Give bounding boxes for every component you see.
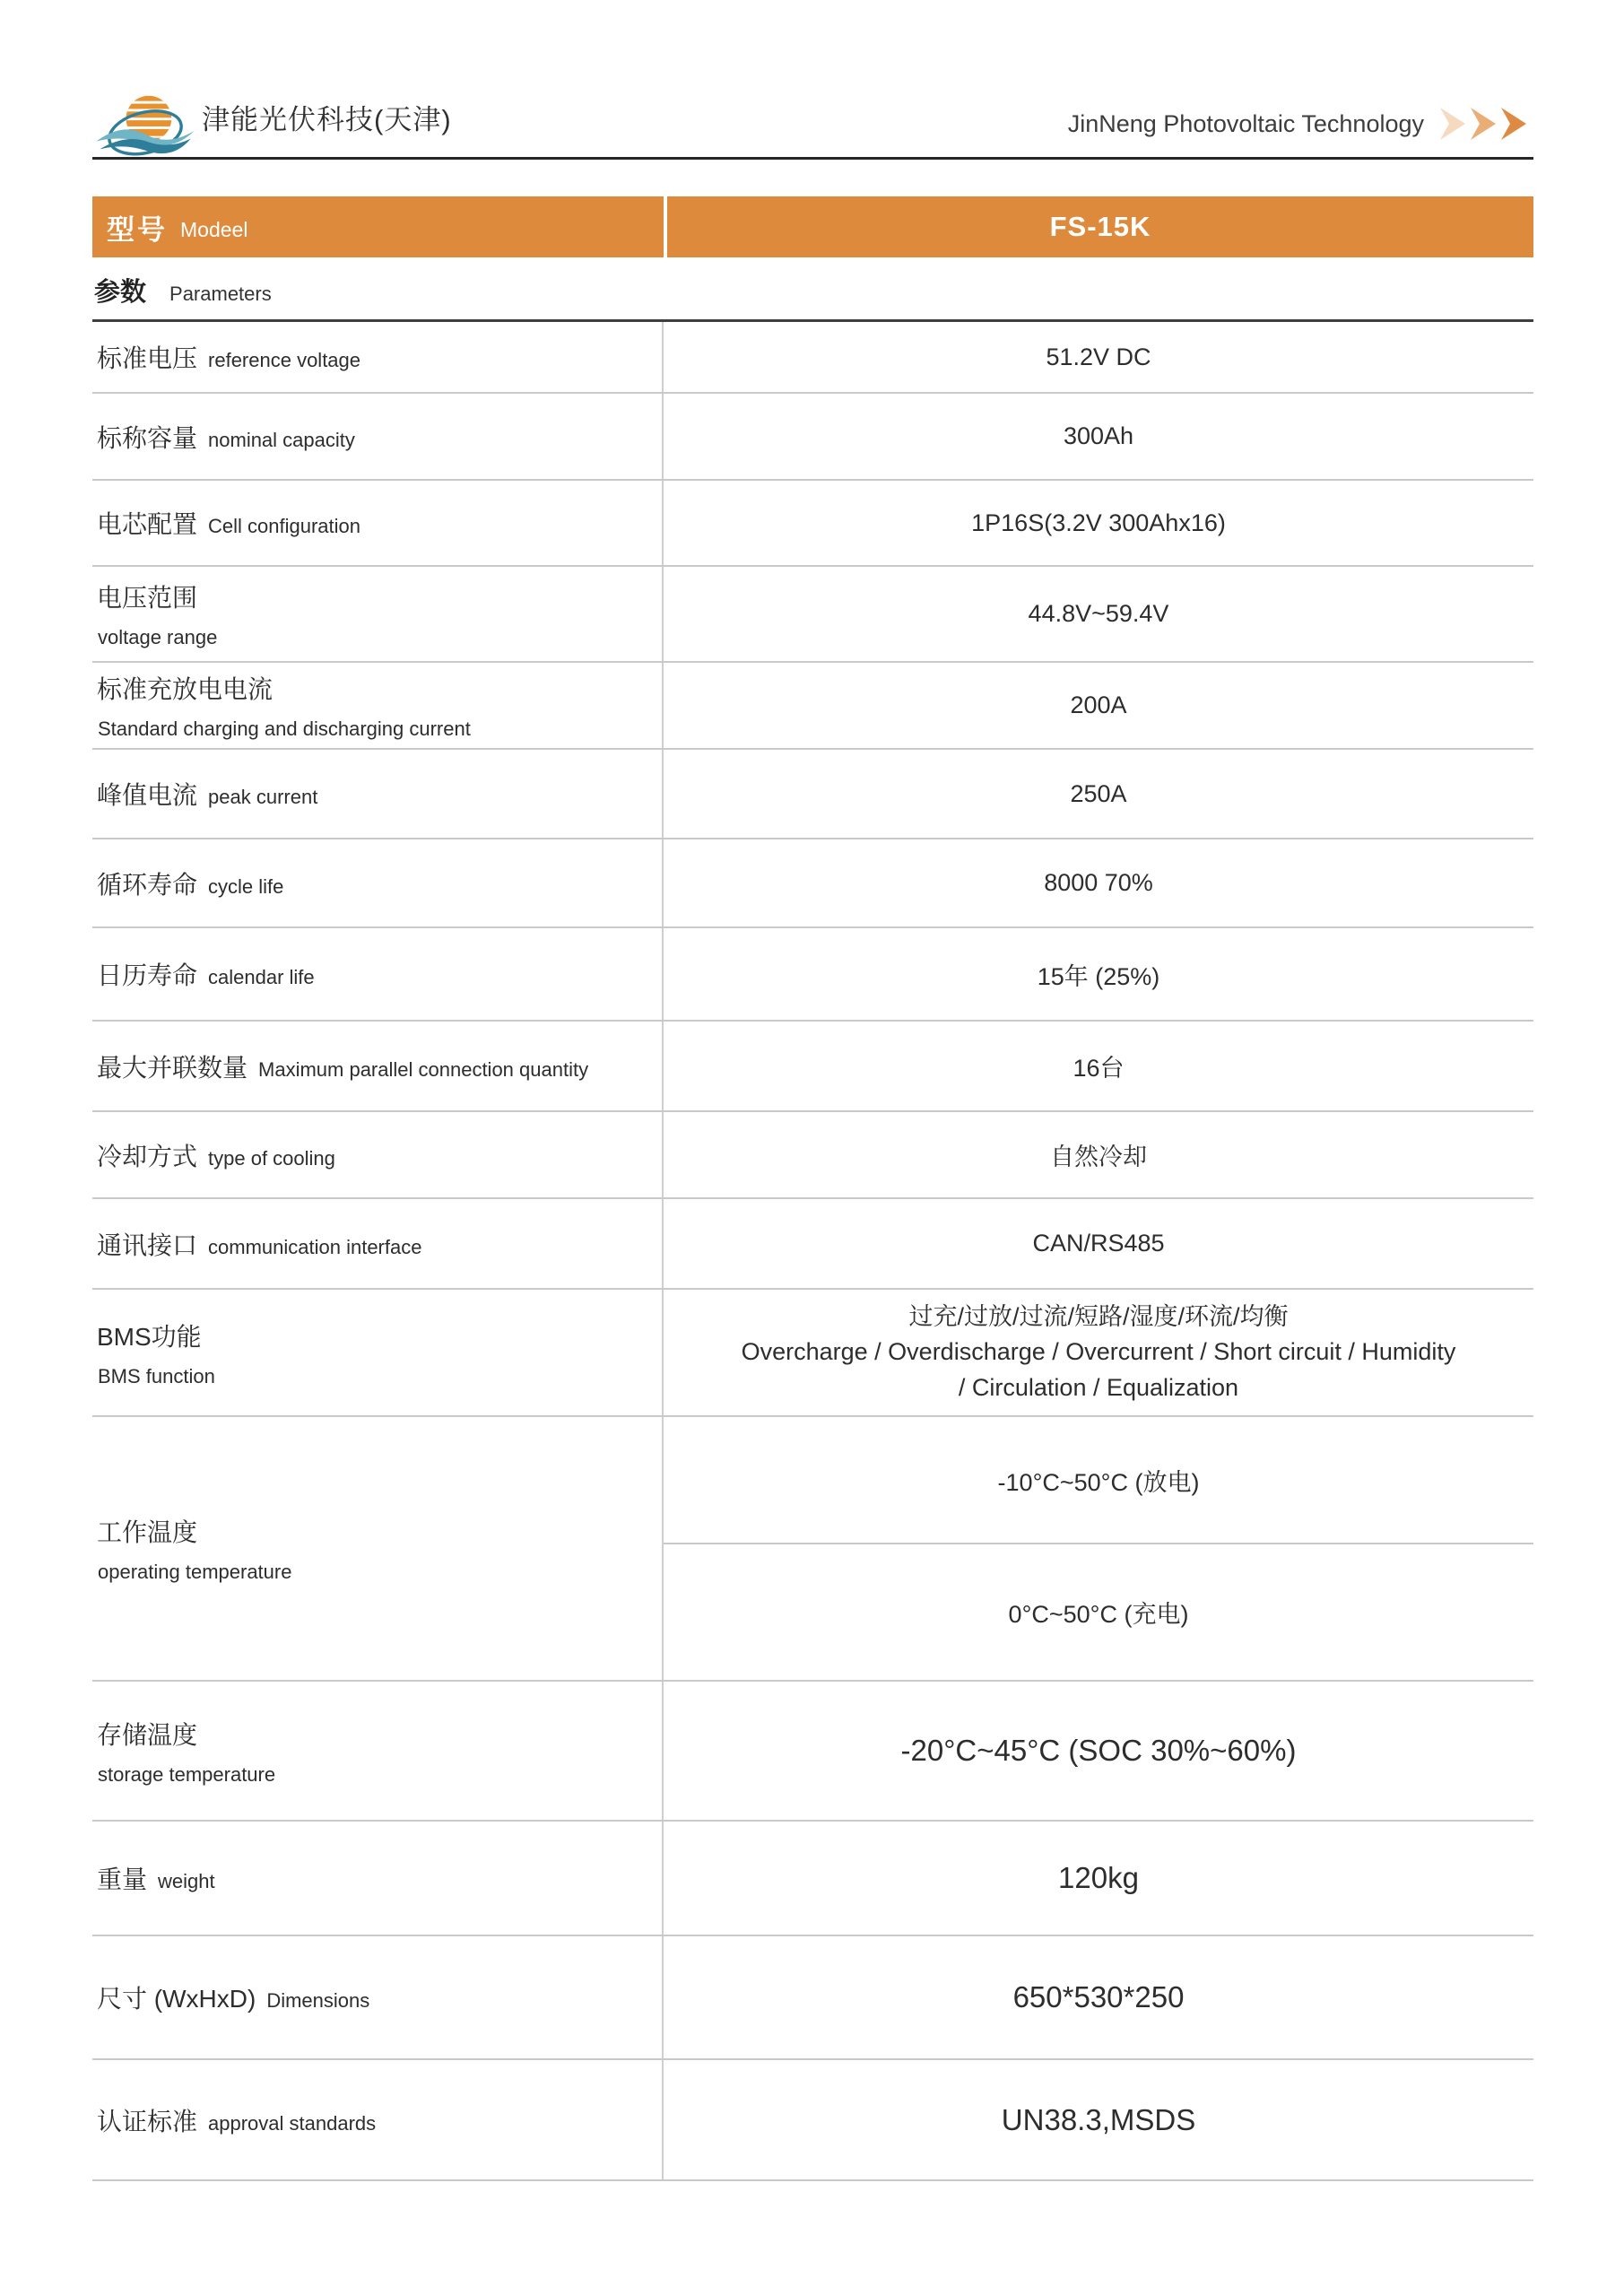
row-label-en: operating temperature <box>98 1561 653 1584</box>
row-label: 认证标准approval standards <box>92 2060 664 2179</box>
table-row: 认证标准approval standards UN38.3,MSDS <box>92 2060 1533 2181</box>
row-label-zh: 日历寿命 <box>97 956 197 992</box>
page-header: 津能光伏科技(天津) JinNeng Photovoltaic Technolo… <box>92 0 1533 160</box>
operating-temp-discharge: -10°C~50°C (放电) <box>664 1417 1533 1544</box>
row-label-en: calendar life <box>208 966 315 989</box>
spec-table: 标准电压reference voltage 51.2V DC 标称容量nomin… <box>92 322 1533 2181</box>
row-value: 120kg <box>664 1822 1533 1935</box>
row-label-zh: 工作温度 <box>97 1513 653 1549</box>
row-label: 标称容量nominal capacity <box>92 394 664 479</box>
row-value: CAN/RS485 <box>664 1199 1533 1288</box>
row-label-en: Cell configuration <box>208 515 360 538</box>
row-label: 日历寿命calendar life <box>92 928 664 1020</box>
row-label-zh: 认证标准 <box>97 2102 197 2138</box>
operating-temp-charge: 0°C~50°C (充电) <box>664 1544 1533 1680</box>
row-label-en: storage temperature <box>98 1763 653 1787</box>
row-label-zh: 标准充放电电流 <box>97 670 653 706</box>
row-label-zh: 循环寿命 <box>97 865 197 901</box>
table-row: 尺寸 (WxHxD)Dimensions 650*530*250 <box>92 1936 1533 2060</box>
row-value: 15年 (25%) <box>664 928 1533 1020</box>
company-logo: 津能光伏科技(天津) <box>92 89 452 153</box>
bms-functions-en-line2: / Circulation / Equalization <box>742 1370 1456 1405</box>
row-label-en: Standard charging and discharging curren… <box>98 717 653 741</box>
row-label-zh: 重量 <box>97 1860 147 1896</box>
row-label: BMS功能 BMS function <box>92 1290 664 1415</box>
row-label-zh: 存储温度 <box>97 1716 653 1752</box>
row-label-zh: 电芯配置 <box>97 505 197 541</box>
row-value: UN38.3,MSDS <box>664 2060 1533 2179</box>
row-value: 51.2V DC <box>664 322 1533 392</box>
header-right: JinNeng Photovoltaic Technology <box>1068 107 1533 141</box>
table-row: 循环寿命cycle life 8000 70% <box>92 839 1533 928</box>
row-label: 冷却方式type of cooling <box>92 1112 664 1197</box>
row-label-en: communication interface <box>208 1236 421 1259</box>
row-label-zh: 通讯接口 <box>97 1226 197 1262</box>
row-label-zh: 峰值电流 <box>97 776 197 812</box>
row-label-en: BMS function <box>98 1365 653 1388</box>
triple-chevron-right-icon <box>1440 107 1533 141</box>
row-label-en: Maximum parallel connection quantity <box>258 1058 588 1082</box>
row-value: 1P16S(3.2V 300Ahx16) <box>664 481 1533 565</box>
table-row: 日历寿命calendar life 15年 (25%) <box>92 928 1533 1022</box>
bms-functions-zh: 过充/过放/过流/短路/湿度/环流/均衡 <box>742 1300 1456 1335</box>
row-value: 300Ah <box>664 394 1533 479</box>
table-row: 电芯配置Cell configuration 1P16S(3.2V 300Ahx… <box>92 481 1533 567</box>
row-label-zh: 标称容量 <box>97 419 197 455</box>
row-value: 过充/过放/过流/短路/湿度/环流/均衡 Overcharge / Overdi… <box>664 1290 1533 1415</box>
row-label: 循环寿命cycle life <box>92 839 664 926</box>
row-label: 尺寸 (WxHxD)Dimensions <box>92 1936 664 2058</box>
parameters-heading-en: Parameters <box>169 283 272 306</box>
model-label-en: Modeel <box>180 218 248 242</box>
row-label: 工作温度 operating temperature <box>92 1417 664 1680</box>
row-label-en: weight <box>158 1870 215 1893</box>
bms-functions-en-line1: Overcharge / Overdischarge / Overcurrent… <box>742 1335 1456 1370</box>
company-name-en: JinNeng Photovoltaic Technology <box>1068 110 1424 138</box>
row-label: 标准电压reference voltage <box>92 322 664 392</box>
row-value: 200A <box>664 663 1533 748</box>
row-value: -20°C~45°C (SOC 30%~60%) <box>664 1682 1533 1820</box>
sun-wave-logo-icon <box>92 89 198 161</box>
row-label-zh: 标准电压 <box>97 339 197 375</box>
table-row: 重量weight 120kg <box>92 1822 1533 1936</box>
row-value: 自然冷却 <box>664 1112 1533 1197</box>
row-value: 8000 70% <box>664 839 1533 926</box>
row-label-en: peak current <box>208 786 317 809</box>
row-label-en: voltage range <box>98 626 653 649</box>
row-label: 电芯配置Cell configuration <box>92 481 664 565</box>
table-row: 峰值电流peak current 250A <box>92 750 1533 839</box>
row-value: 650*530*250 <box>664 1936 1533 2058</box>
row-value: 250A <box>664 750 1533 838</box>
row-label: 通讯接口communication interface <box>92 1199 664 1288</box>
row-label-en: type of cooling <box>208 1147 335 1170</box>
row-label-zh: 电压范围 <box>97 578 653 614</box>
model-label-zh: 型号 <box>107 207 168 248</box>
model-value: FS-15K <box>667 196 1533 257</box>
row-label-en: cycle life <box>208 875 283 899</box>
row-label-zh: BMS功能 <box>97 1318 653 1353</box>
table-row: 最大并联数量Maximum parallel connection quanti… <box>92 1022 1533 1112</box>
row-value: 16台 <box>664 1022 1533 1110</box>
row-label-en: nominal capacity <box>208 429 355 452</box>
row-label-en: approval standards <box>208 2112 376 2135</box>
parameters-heading: 参数 Parameters <box>92 257 1533 322</box>
table-row: 标准电压reference voltage 51.2V DC <box>92 322 1533 394</box>
row-label-zh: 尺寸 (WxHxD) <box>97 1979 256 2015</box>
table-row: 通讯接口communication interface CAN/RS485 <box>92 1199 1533 1290</box>
row-label: 标准充放电电流 Standard charging and dischargin… <box>92 663 664 748</box>
model-label-cell: 型号 Modeel <box>92 196 664 257</box>
parameters-heading-zh: 参数 <box>94 272 146 309</box>
row-label-en: reference voltage <box>208 349 360 372</box>
table-row: 工作温度 operating temperature -10°C~50°C (放… <box>92 1417 1533 1682</box>
row-label: 电压范围 voltage range <box>92 567 664 661</box>
row-label-zh: 最大并联数量 <box>97 1048 248 1084</box>
spec-sheet-page: 津能光伏科技(天津) JinNeng Photovoltaic Technolo… <box>92 0 1533 2181</box>
table-row: 标准充放电电流 Standard charging and dischargin… <box>92 663 1533 750</box>
model-header-bar: 型号 Modeel FS-15K <box>92 196 1533 257</box>
row-label: 重量weight <box>92 1822 664 1935</box>
row-label: 峰值电流peak current <box>92 750 664 838</box>
table-row: 电压范围 voltage range 44.8V~59.4V <box>92 567 1533 663</box>
table-row: 冷却方式type of cooling 自然冷却 <box>92 1112 1533 1199</box>
row-label: 最大并联数量Maximum parallel connection quanti… <box>92 1022 664 1110</box>
row-label-zh: 冷却方式 <box>97 1137 197 1173</box>
row-value-split: -10°C~50°C (放电) 0°C~50°C (充电) <box>664 1417 1533 1680</box>
company-name-zh: 津能光伏科技(天津) <box>202 97 452 137</box>
table-row: 存储温度 storage temperature -20°C~45°C (SOC… <box>92 1682 1533 1822</box>
table-row: BMS功能 BMS function 过充/过放/过流/短路/湿度/环流/均衡 … <box>92 1290 1533 1417</box>
table-row: 标称容量nominal capacity 300Ah <box>92 394 1533 481</box>
row-label-en: Dimensions <box>266 1989 369 2013</box>
row-value: 44.8V~59.4V <box>664 567 1533 661</box>
row-label: 存储温度 storage temperature <box>92 1682 664 1820</box>
